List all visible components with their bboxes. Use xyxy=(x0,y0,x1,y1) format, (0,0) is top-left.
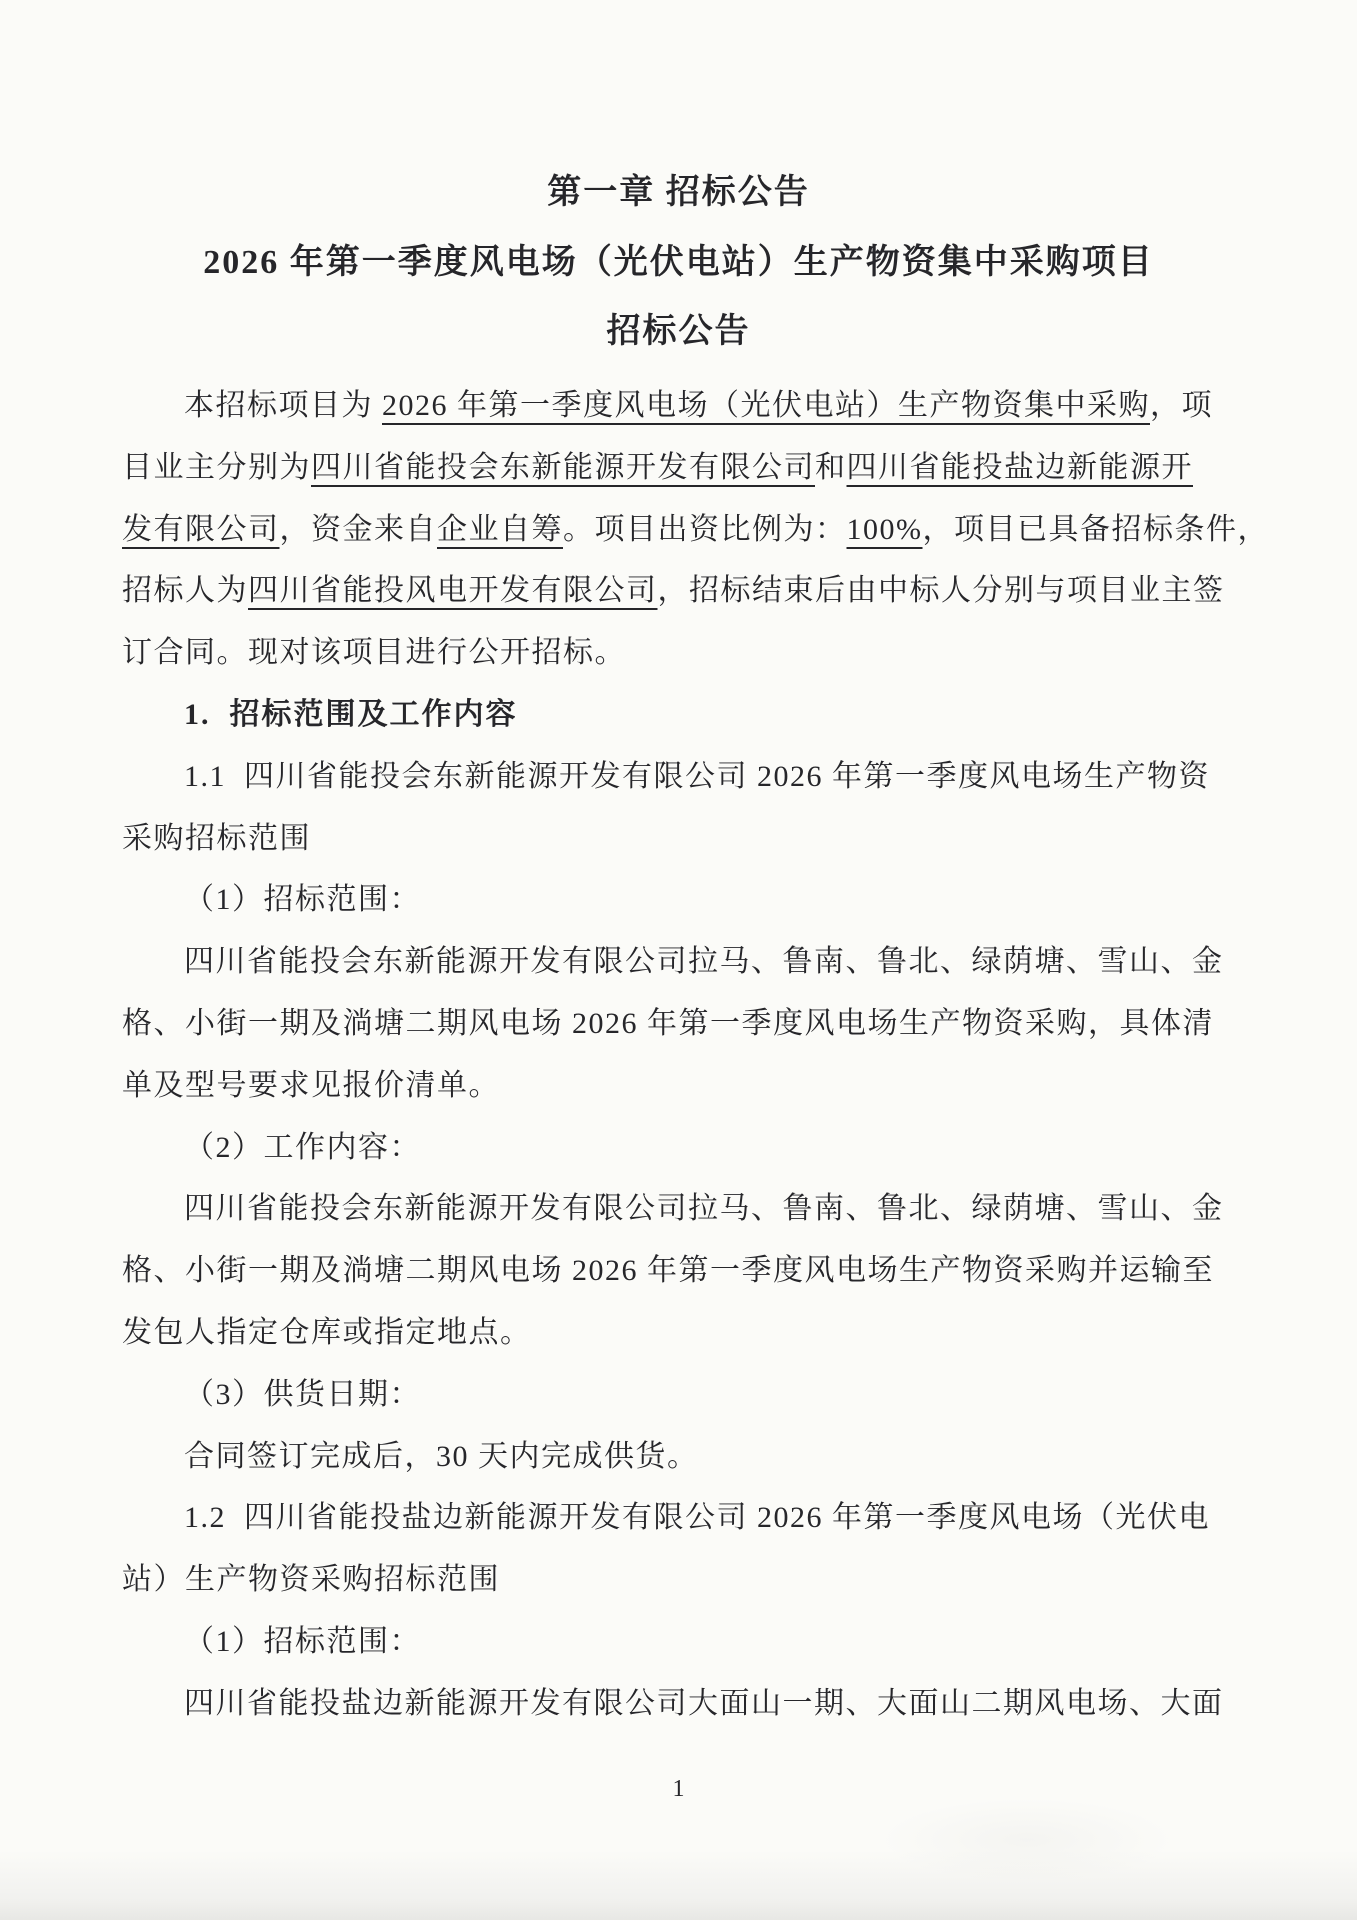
text-segment: 四川省能投会东新能源开发有限公司拉马、鲁南、鲁北、绿荫塘、雪山、金 xyxy=(184,945,1224,978)
text-segment: 1.1 四川省能投会东新能源开发有限公司 2026 年第一季度风电场生产物资 xyxy=(184,760,1210,793)
text-line: （1）招标范围： xyxy=(122,869,1302,931)
text-segment: 合同签订完成后，30 天内完成供货。 xyxy=(184,1440,699,1473)
text-line: 格、小街一期及淌塘二期风电场 2026 年第一季度风电场生产物资采购，具体清 xyxy=(122,993,1302,1055)
text-line: 采购招标范围 xyxy=(122,808,1302,870)
section-heading-line: 1. 招标范围及工作内容 xyxy=(122,684,1302,746)
text-line: 四川省能投盐边新能源开发有限公司大面山一期、大面山二期风电场、大面 xyxy=(122,1673,1302,1735)
text-segment: 1. 招标范围及工作内容 xyxy=(184,698,518,731)
text-line: 订合同。现对该项目进行公开招标。 xyxy=(122,622,1302,684)
text-segment: 和 xyxy=(815,451,847,484)
text-line: 合同签订完成后，30 天内完成供货。 xyxy=(122,1426,1302,1488)
document-title-block: 第一章 招标公告2026 年第一季度风电场（光伏电站）生产物资集中采购项目招标公… xyxy=(90,158,1267,367)
document-title-line: 招标公告 xyxy=(90,297,1267,367)
text-line: 招标人为四川省能投风电开发有限公司，招标结束后由中标人分别与项目业主签 xyxy=(122,560,1302,622)
underlined-text: 发有限公司 xyxy=(122,513,280,546)
text-segment: 采购招标范围 xyxy=(122,822,311,855)
underlined-text: 2026 年第一季度风电场（光伏电站）生产物资集中采购 xyxy=(382,389,1150,422)
text-line: 1.2 四川省能投盐边新能源开发有限公司 2026 年第一季度风电场（光伏电 xyxy=(122,1487,1302,1549)
text-line: （1）招标范围： xyxy=(122,1611,1302,1673)
text-segment: （1）招标范围： xyxy=(184,1625,421,1658)
scanned-document-page: 第一章 招标公告2026 年第一季度风电场（光伏电站）生产物资集中采购项目招标公… xyxy=(0,0,1357,1920)
underlined-text: 四川省能投盐边新能源开 xyxy=(847,451,1194,484)
text-segment: 单及型号要求见报价清单。 xyxy=(122,1069,500,1102)
underlined-text: 企业自筹 xyxy=(437,513,563,546)
text-segment: 发包人指定仓库或指定地点。 xyxy=(122,1316,532,1349)
text-segment: 目业主分别为 xyxy=(122,451,311,484)
text-line: 1.1 四川省能投会东新能源开发有限公司 2026 年第一季度风电场生产物资 xyxy=(122,746,1302,808)
text-segment: ，项 xyxy=(1150,389,1213,422)
text-segment: 格、小街一期及淌塘二期风电场 2026 年第一季度风电场生产物资采购并运输至 xyxy=(122,1254,1214,1287)
text-line: 格、小街一期及淌塘二期风电场 2026 年第一季度风电场生产物资采购并运输至 xyxy=(122,1240,1302,1302)
text-segment: 招标人为 xyxy=(122,574,248,607)
text-segment: 四川省能投盐边新能源开发有限公司大面山一期、大面山二期风电场、大面 xyxy=(184,1687,1224,1720)
text-segment: 站）生产物资采购招标范围 xyxy=(122,1563,500,1596)
text-line: （3）供货日期： xyxy=(122,1364,1302,1426)
text-line: 单及型号要求见报价清单。 xyxy=(122,1055,1302,1117)
text-line: 发包人指定仓库或指定地点。 xyxy=(122,1302,1302,1364)
text-line: （2）工作内容： xyxy=(122,1117,1302,1179)
text-line: 发有限公司，资金来自企业自筹。项目出资比例为：100%，项目已具备招标条件， xyxy=(122,499,1302,561)
text-segment: （2）工作内容： xyxy=(184,1131,421,1164)
text-segment: 订合同。现对该项目进行公开招标。 xyxy=(122,636,626,669)
document-title-line: 第一章 招标公告 xyxy=(90,158,1267,228)
text-segment: 本招标项目为 xyxy=(184,389,382,422)
text-line: 站）生产物资采购招标范围 xyxy=(122,1549,1302,1611)
text-segment: ，资金来自 xyxy=(280,513,438,546)
text-segment: 四川省能投会东新能源开发有限公司拉马、鲁南、鲁北、绿荫塘、雪山、金 xyxy=(184,1192,1224,1225)
text-line: 本招标项目为 2026 年第一季度风电场（光伏电站）生产物资集中采购，项 xyxy=(122,375,1302,437)
text-line: 四川省能投会东新能源开发有限公司拉马、鲁南、鲁北、绿荫塘、雪山、金 xyxy=(122,1178,1302,1240)
page-number: 1 xyxy=(0,1776,1357,1803)
text-segment: （1）招标范围： xyxy=(184,883,421,916)
text-segment: ，项目已具备招标条件， xyxy=(923,513,1270,546)
underlined-text: 四川省能投风电开发有限公司 xyxy=(248,574,658,607)
text-segment: ，招标结束后由中标人分别与项目业主签 xyxy=(658,574,1225,607)
document-body: 本招标项目为 2026 年第一季度风电场（光伏电站）生产物资集中采购，项目业主分… xyxy=(122,375,1302,1735)
document-title-line: 2026 年第一季度风电场（光伏电站）生产物资集中采购项目 xyxy=(90,228,1267,298)
text-segment: （3）供货日期： xyxy=(184,1378,421,1411)
underlined-text: 四川省能投会东新能源开发有限公司 xyxy=(311,451,815,484)
underlined-text: 100% xyxy=(847,513,923,546)
text-segment: 。项目出资比例为： xyxy=(563,513,847,546)
text-line: 四川省能投会东新能源开发有限公司拉马、鲁南、鲁北、绿荫塘、雪山、金 xyxy=(122,931,1302,993)
text-segment: 1.2 四川省能投盐边新能源开发有限公司 2026 年第一季度风电场（光伏电 xyxy=(184,1501,1210,1534)
text-segment: 格、小街一期及淌塘二期风电场 2026 年第一季度风电场生产物资采购，具体清 xyxy=(122,1007,1214,1040)
text-line: 目业主分别为四川省能投会东新能源开发有限公司和四川省能投盐边新能源开 xyxy=(122,437,1302,499)
